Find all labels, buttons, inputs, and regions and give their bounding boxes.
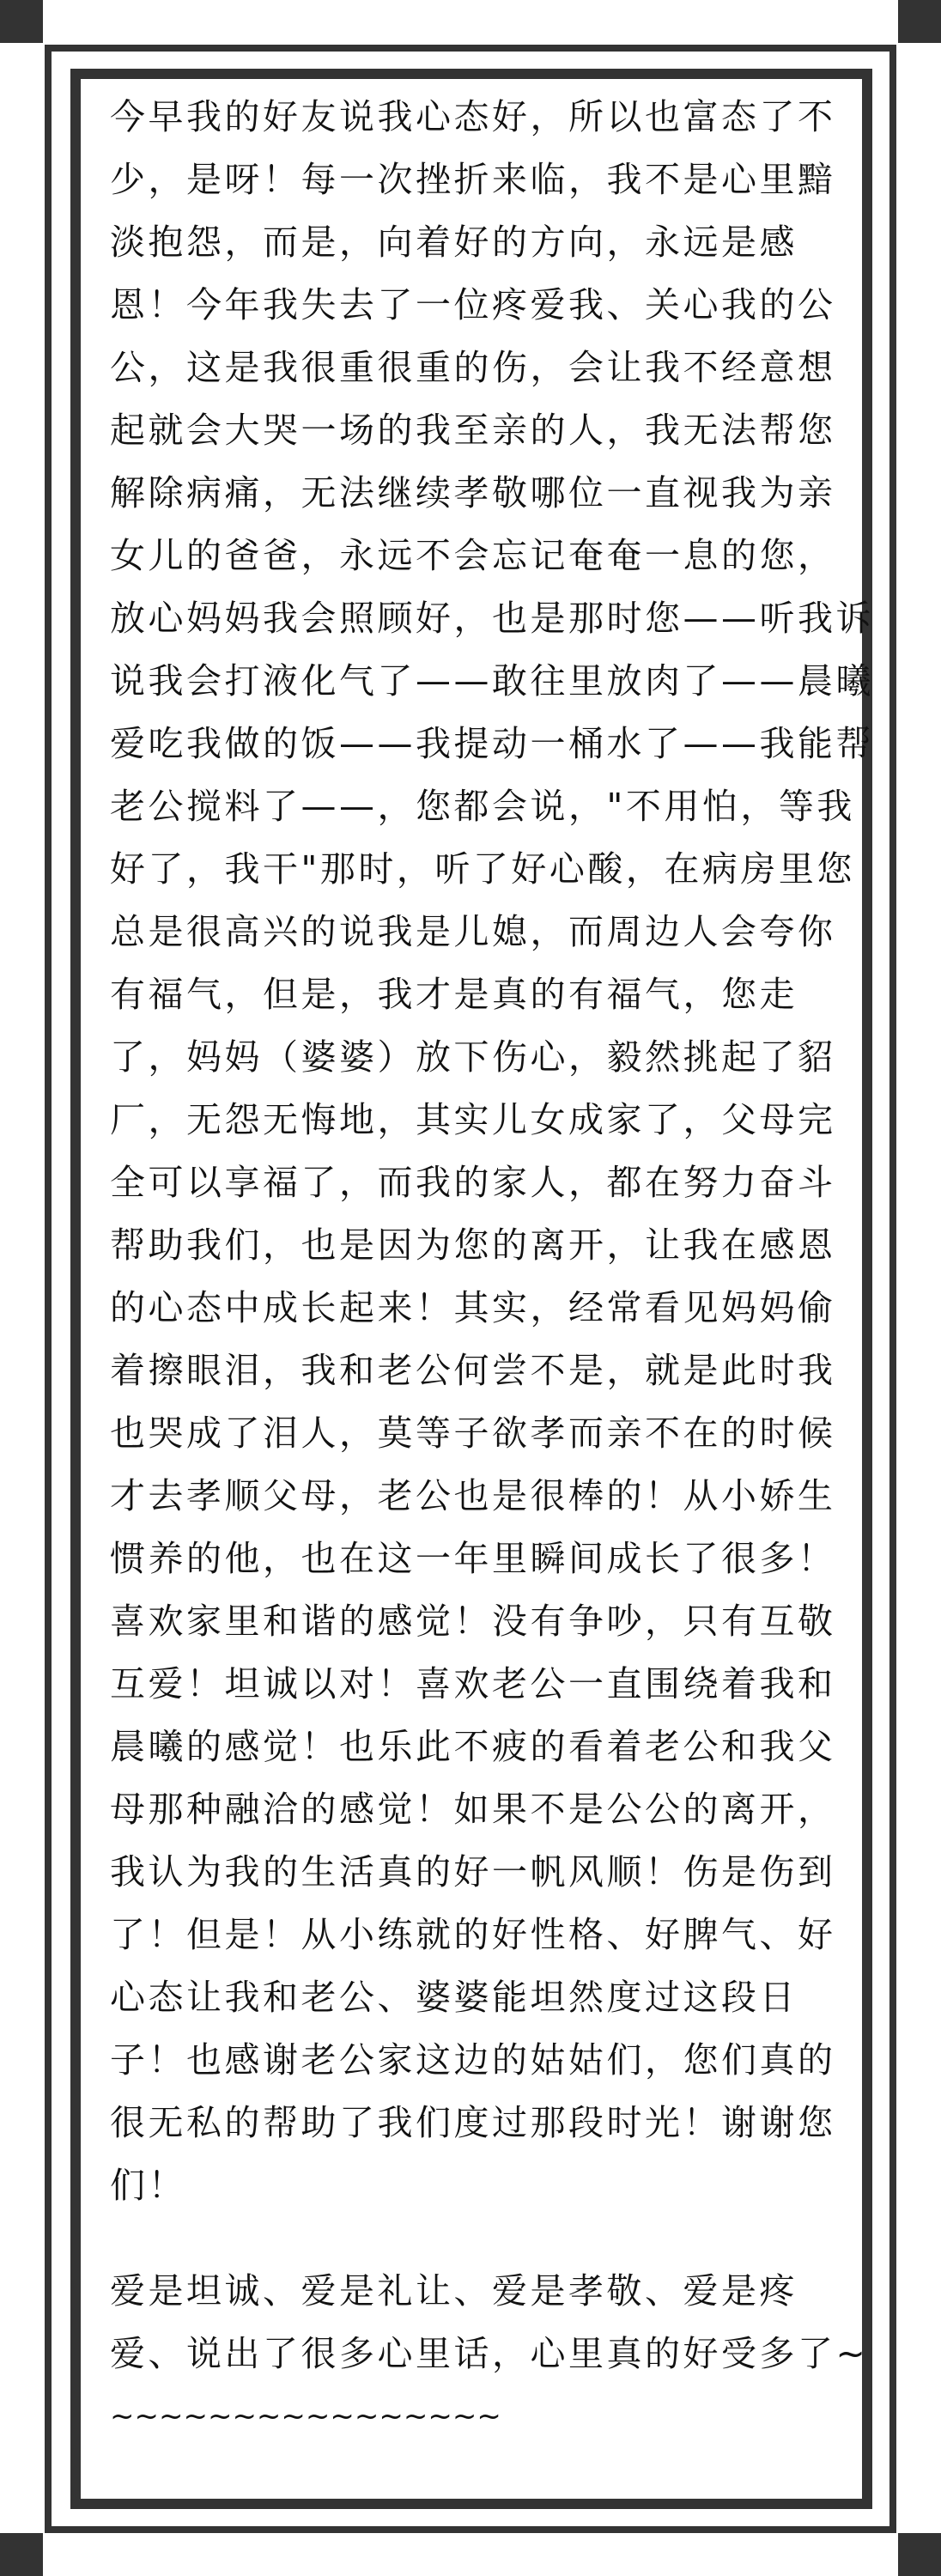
text-line: 女儿的爸爸，永远不会忘记奄奄一息的您， [110,525,823,587]
text-line: 了，妈妈（婆婆）放下伤心，毅然挑起了貂 [110,1026,823,1089]
text-line: 才去孝顺父母，老公也是很棒的！从小娇生 [110,1465,823,1528]
tilde-line: ~~~~~~~~~~~~~~~~ [110,2385,823,2448]
corner-block-top-left [0,0,43,43]
article-body: 今早我的好友说我心态好，所以也富态了不 少，是呀！每一次挫折来临，我不是心里黯 … [110,86,823,2448]
text-line: 爱吃我做的饭——我提动一桶水了——我能帮 [110,713,823,775]
corner-block-bottom-right [898,2533,941,2576]
text-line: 我认为我的生活真的好一帆风顺！伤是伤到 [110,1841,823,1904]
text-line: 淡抱怨，而是，向着好的方向，永远是感 [110,211,823,274]
paragraph-1: 今早我的好友说我心态好，所以也富态了不 少，是呀！每一次挫折来临，我不是心里黯 … [110,86,823,2217]
text-line: 好了，我干"那时，听了好心酸，在病房里您 [110,838,823,901]
text-line: 有福气，但是，我才是真的有福气，您走 [110,963,823,1026]
text-line: 总是很高兴的说我是儿媳，而周边人会夸你 [110,901,823,963]
corner-block-bottom-left [0,2533,43,2576]
text-line: 全可以享福了，而我的家人，都在努力奋斗 [110,1151,823,1214]
text-line: 子！也感谢老公家这边的姑姑们，您们真的 [110,2029,823,2092]
text-line: 们！ [110,2154,823,2217]
text-line: 少，是呀！每一次挫折来临，我不是心里黯 [110,149,823,211]
text-line: 惯养的他，也在这一年里瞬间成长了很多！ [110,1528,823,1590]
text-line: 老公搅料了——，您都会说，"不用怕，等我 [110,775,823,838]
text-line: 母那种融洽的感觉！如果不是公公的离开， [110,1778,823,1841]
text-line: 解除病痛，无法继续孝敬哪位一直视我为亲 [110,462,823,525]
text-line: 帮助我们，也是因为您的离开，让我在感恩 [110,1214,823,1277]
text-line: 爱、说出了很多心里话，心里真的好受多了~ [110,2323,823,2385]
text-line: 心态让我和老公、婆婆能坦然度过这段日 [110,1966,823,2029]
text-line: 放心妈妈我会照顾好，也是那时您——听我诉 [110,587,823,650]
text-line: 的心态中成长起来！其实，经常看见妈妈偷 [110,1277,823,1340]
text-line: 着擦眼泪，我和老公何尝不是，就是此时我 [110,1340,823,1402]
text-line: 了！但是！从小练就的好性格、好脾气、好 [110,1904,823,1966]
text-line: 喜欢家里和谐的感觉！没有争吵，只有互敬 [110,1590,823,1653]
paragraph-2: 爱是坦诚、爱是礼让、爱是孝敬、爱是疼 爱、说出了很多心里话，心里真的好受多了~ … [110,2260,823,2448]
corner-block-top-right [898,0,941,43]
text-line: 很无私的帮助了我们度过那段时光！谢谢您 [110,2092,823,2154]
text-line: 爱是坦诚、爱是礼让、爱是孝敬、爱是疼 [110,2260,823,2323]
text-line: 今早我的好友说我心态好，所以也富态了不 [110,86,823,149]
text-line: 起就会大哭一场的我至亲的人，我无法帮您 [110,399,823,462]
text-line: 恩！今年我失去了一位疼爱我、关心我的公 [110,274,823,337]
text-line: 也哭成了泪人，莫等子欲孝而亲不在的时候 [110,1402,823,1465]
text-line: 说我会打液化气了——敢往里放肉了——晨曦 [110,650,823,713]
text-line: 厂，无怨无悔地，其实儿女成家了，父母完 [110,1089,823,1151]
text-line: 互爱！坦诚以对！喜欢老公一直围绕着我和 [110,1653,823,1716]
text-line: 公，这是我很重很重的伤，会让我不经意想 [110,337,823,399]
text-line: 晨曦的感觉！也乐此不疲的看着老公和我父 [110,1716,823,1778]
